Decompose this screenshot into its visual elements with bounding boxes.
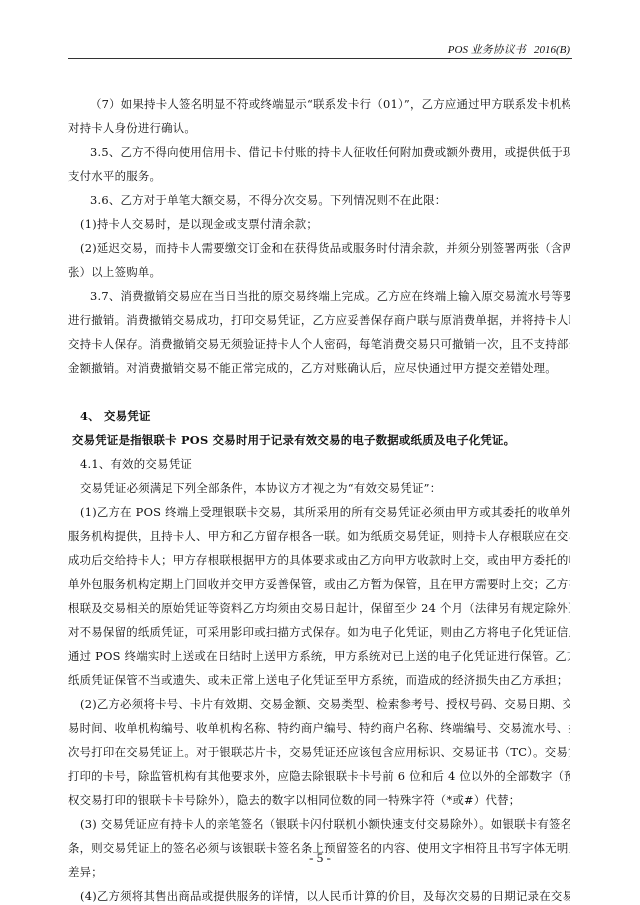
- section-4-definition: 交易凭证是指银联卡 POS 交易时用于记录有效交易的电子数据或纸质及电子化凭证。: [68, 428, 570, 452]
- section-3-7-line-2: 进行撤销。消费撤销交易成功，打印交易凭证，乙方应妥善保存商户联与原消费单据，并将…: [68, 308, 570, 332]
- item-2-line-2: 张）以上签购单。: [68, 260, 570, 284]
- cond-3-line-1: (3) 交易凭证应有持卡人的亲笔签名（银联卡闪付联机小额快速支付交易除外）。如银…: [68, 812, 570, 836]
- section-4-heading: 4、 交易凭证: [68, 404, 570, 428]
- cond-2-line-4: 打印的卡号，除监管机构有其他要求外，应隐去除银联卡卡号前 6 位和后 4 位以外…: [68, 764, 570, 788]
- document-body: （7）如果持卡人签名明显不符或终端显示“联系发卡行（01）”，乙方应通过甲方联系…: [68, 92, 570, 905]
- page-number: - 5 -: [0, 850, 640, 866]
- item-1-line-1: (1)持卡人交易时，是以现金或支票付清余款；: [68, 212, 570, 236]
- cond-1-line-4: 单外包服务机构定期上门回收并交甲方妥善保管，或由乙方暂为保管，且在甲方需要时上交…: [68, 572, 570, 596]
- cond-2-line-2: 易时间、收单机构编号、收单机构名称、特约商户编号、特约商户名称、终端编号、交易流…: [68, 716, 570, 740]
- section-3-7-line-4: 金额撤销。对消费撤销交易不能正常完成的，乙方对账确认后，应尽快通过甲方提交差错处…: [68, 356, 570, 380]
- section-3-7-line-3: 交持卡人保存。消费撤销交易无须验证持卡人个人密码，每笔消费交易只可撤销一次，且不…: [68, 332, 570, 356]
- section-4-1-heading: 4.1、有效的交易凭证: [68, 452, 570, 476]
- cond-1-line-8: 纸质凭证保管不当或遗失、或未正常上送电子化凭证至甲方系统，而造成的经济损失由乙方…: [68, 668, 570, 692]
- cond-1-line-2: 服务机构提供，且持卡人、甲方和乙方留存根各一联。如为纸质交易凭证，则持卡人存根联…: [68, 524, 570, 548]
- section-3-5-line-1: 3.5、乙方不得向使用信用卡、借记卡付账的持卡人征收任何附加费或额外费用，或提供…: [68, 140, 570, 164]
- cond-1-line-7: 通过 POS 终端实时上送或在日结时上送甲方系统，甲方系统对已上送的电子化凭证进…: [68, 644, 570, 668]
- header-title: POS 业务协议书 2016(B): [448, 41, 570, 57]
- item-2-line-1: (2)延迟交易，而持卡人需要缴交订金和在获得货品或服务时付清余款，并须分别签署两…: [68, 236, 570, 260]
- document-page: POS 业务协议书 2016(B) （7）如果持卡人签名明显不符或终端显示“联系…: [0, 0, 640, 905]
- cond-2-line-1: (2)乙方必须将卡号、卡片有效期、交易金额、交易类型、检索参考号、授权号码、交易…: [68, 692, 570, 716]
- section-3-5-line-2: 支付水平的服务。: [68, 164, 570, 188]
- clause-7-line-1: （7）如果持卡人签名明显不符或终端显示“联系发卡行（01）”，乙方应通过甲方联系…: [68, 92, 570, 116]
- cond-1-line-6: 对不易保留的纸质凭证，可采用影印或扫描方式保存。如为电子化凭证，则由乙方将电子化…: [68, 620, 570, 644]
- cond-1-line-1: (1)乙方在 POS 终端上受理银联卡交易，其所采用的所有交易凭证必须由甲方或其…: [68, 500, 570, 524]
- section-3-7-line-1: 3.7、消费撤销交易应在当日当批的原交易终端上完成。乙方应在终端上输入原交易流水…: [68, 284, 570, 308]
- cond-1-line-3: 成功后交给持卡人；甲方存根联根据甲方的具体要求或由乙方向甲方收款时上交，或由甲方…: [68, 548, 570, 572]
- cond-4-line-1: (4)乙方须将其售出商品或提供服务的详情，以人民币计算的价目，及每次交易的日期记…: [68, 884, 570, 905]
- paragraph-gap: [68, 380, 570, 404]
- cond-2-line-5: 权交易打印的银联卡卡号除外），隐去的数字以相同位数的同一特殊字符（*或#）代替；: [68, 788, 570, 812]
- clause-7-line-2: 对持卡人身份进行确认。: [68, 116, 570, 140]
- running-header: POS 业务协议书 2016(B): [68, 40, 572, 59]
- section-3-6-line-1: 3.6、乙方对于单笔大额交易，不得分次交易。下列情况则不在此限：: [68, 188, 570, 212]
- cond-2-line-3: 次号打印在交易凭证上。对于银联芯片卡，交易凭证还应该包含应用标识、交易证书（TC…: [68, 740, 570, 764]
- cond-1-line-5: 根联及交易相关的原始凭证等资料乙方均须由交易日起计，保留至少 24 个月（法律另…: [68, 596, 570, 620]
- section-4-1-intro: 交易凭证必须满足下列全部条件，本协议方才视之为“有效交易凭证”：: [68, 476, 570, 500]
